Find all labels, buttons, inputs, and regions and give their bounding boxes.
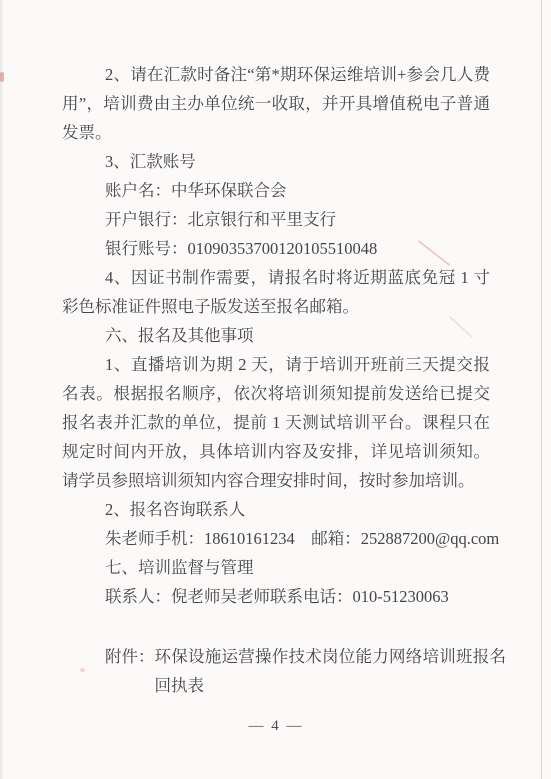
para-photo-requirement: 4、因证书制作需要，请报名时将近期蓝底免冠 1 寸彩色标准证件照电子版发送至报名… <box>62 263 490 321</box>
page-number: — 4 — <box>62 712 490 741</box>
heading-remit-account: 3、汇款账号 <box>62 147 490 176</box>
scan-speck <box>0 72 4 82</box>
heading-section-six: 六、报名及其他事项 <box>62 321 490 350</box>
line-bank-branch: 开户银行：北京银行和平里支行 <box>62 205 490 234</box>
para-remittance-note: 2、请在汇款时备注“第*期环保运维培训+参会几人费用”，培训费由主办单位统一收取… <box>62 60 490 147</box>
scanned-document-page: 2、请在汇款时备注“第*期环保运维培训+参会几人费用”，培训费由主办单位统一收取… <box>0 0 551 779</box>
scan-edge-line <box>541 0 542 779</box>
heading-contact: 2、报名咨询联系人 <box>62 495 490 524</box>
attachment-text: 环保设施运营操作技术岗位能力网络培训班报名回执表 <box>155 642 507 700</box>
document-body: 2、请在汇款时备注“第*期环保运维培训+参会几人费用”，培训费由主办单位统一收取… <box>62 60 490 741</box>
scan-edge-shadow <box>0 0 4 779</box>
attachment-label: 附件： <box>105 642 155 700</box>
line-account-name: 账户名：中华环保联合会 <box>62 176 490 205</box>
attachment-note: 附件：环保设施运营操作技术岗位能力网络培训班报名回执表 <box>105 642 506 700</box>
line-contact-zhu: 朱老师手机：18610161234 邮箱：252887200@qq.com <box>62 524 490 553</box>
para-training-schedule: 1、直播培训为期 2 天，请于培训开班前三天提交报名表。根据报名顺序，依次将培训… <box>62 350 490 495</box>
line-account-number: 银行账号：01090353700120105510048 <box>62 234 490 263</box>
heading-section-seven: 七、培训监督与管理 <box>62 553 490 582</box>
line-contact-ni-wu: 联系人：倪老师吴老师联系电话：010-51230063 <box>62 582 490 611</box>
